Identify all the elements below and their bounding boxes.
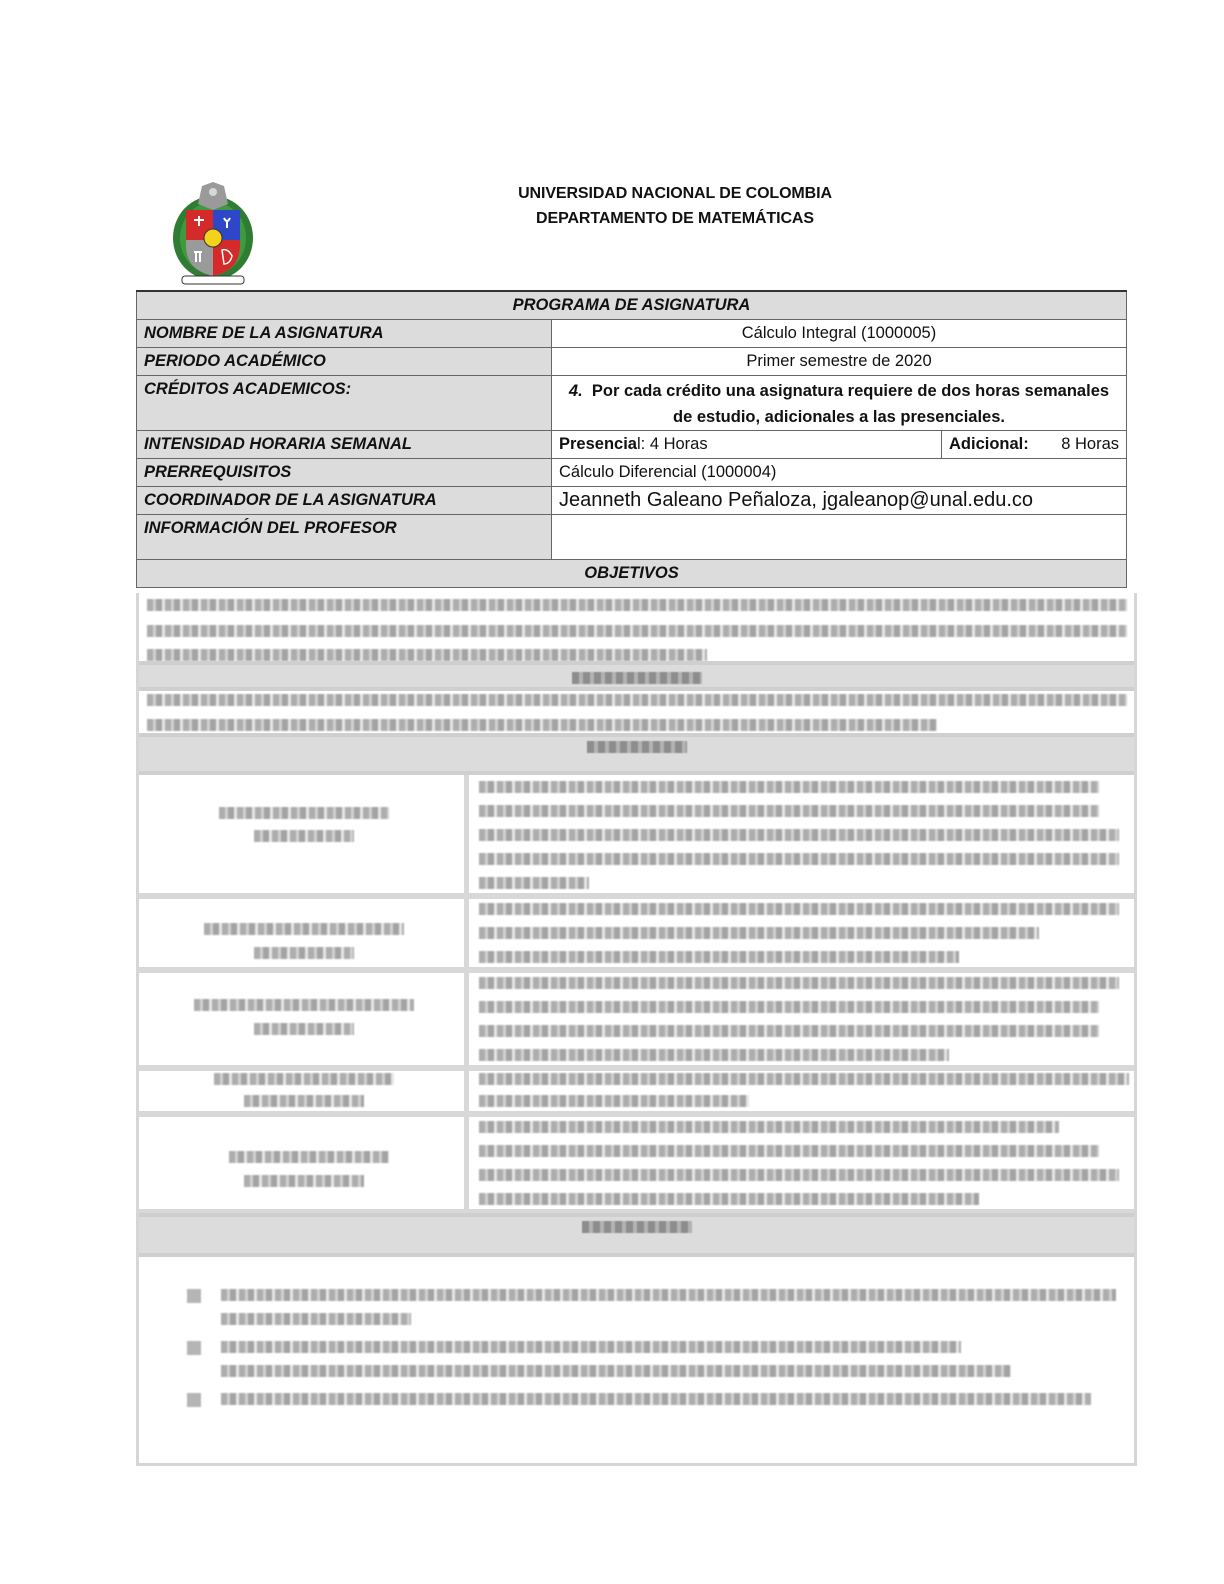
objectives-title: OBJETIVOS: [137, 560, 1127, 588]
academic-period-label: PERIODO ACADÉMICO: [137, 348, 552, 376]
department-name: DEPARTAMENTO DE MATEMÁTICAS: [440, 206, 910, 231]
table-row: COORDINADOR DE LA ASIGNATURA Jeanneth Ga…: [137, 487, 1127, 515]
adicional-value: 8 Horas: [1061, 431, 1119, 458]
presencial-label: Presencia: [559, 435, 637, 453]
weekly-hours-label: INTENSIDAD HORARIA SEMANAL: [137, 431, 552, 459]
program-title: PROGRAMA DE ASIGNATURA: [137, 291, 1127, 320]
credits-description: Por cada crédito una asignatura requiere…: [592, 382, 1109, 426]
redacted-list-number: [187, 1289, 201, 1303]
table-row: PERIODO ACADÉMICO Primer semestre de 202…: [137, 348, 1127, 376]
institution-name: UNIVERSIDAD NACIONAL DE COLOMBIA: [440, 181, 910, 206]
redacted-text-line: [147, 719, 937, 731]
course-name-label: NOMBRE DE LA ASIGNATURA: [137, 320, 552, 348]
redacted-list-number: [187, 1393, 201, 1407]
redacted-table-row: [139, 899, 1134, 973]
redacted-text-line: [147, 649, 707, 661]
redacted-text-line: [147, 625, 1127, 637]
credits-label: CRÉDITOS ACADEMICOS:: [137, 376, 552, 431]
presencial-value: l: 4 Horas: [637, 435, 708, 453]
university-logo: [172, 180, 254, 286]
table-row: OBJETIVOS: [137, 560, 1127, 588]
prerequisites-value: Cálculo Diferencial (1000004): [552, 459, 1127, 487]
redacted-section-header: [139, 733, 1134, 775]
redacted-text-line: [147, 599, 1127, 611]
redacted-text-line: [221, 1313, 411, 1325]
redacted-table-row: [139, 775, 1134, 899]
professor-info-label: INFORMACIÓN DEL PROFESOR: [137, 515, 552, 560]
redacted-text-line: [221, 1365, 1011, 1377]
redacted-table-row: [139, 973, 1134, 1071]
course-name-value: Cálculo Integral (1000005): [552, 320, 1127, 348]
redacted-table-row: [139, 1117, 1134, 1215]
redacted-content: [136, 593, 1137, 1466]
redacted-text-line: [147, 694, 1127, 706]
table-row: INFORMACIÓN DEL PROFESOR: [137, 515, 1127, 560]
credits-value: 4. Por cada crédito una asignatura requi…: [552, 376, 1127, 431]
adicional-label: Adicional:: [949, 431, 1029, 458]
redacted-table-row: [139, 1071, 1134, 1117]
redacted-list-number: [187, 1341, 201, 1355]
redacted-text-line: [221, 1289, 1116, 1301]
table-row: INTENSIDAD HORARIA SEMANAL Presencial: 4…: [137, 431, 1127, 459]
professor-info-value: [552, 515, 1127, 560]
program-table: PROGRAMA DE ASIGNATURA NOMBRE DE LA ASIG…: [136, 290, 1127, 588]
redacted-section-header: [139, 1213, 1134, 1257]
adicional-hours: Adicional:8 Horas: [942, 431, 1126, 458]
presencial-hours: Presencial: 4 Horas: [552, 431, 942, 458]
table-row: CRÉDITOS ACADEMICOS: 4. Por cada crédito…: [137, 376, 1127, 431]
academic-period-value: Primer semestre de 2020: [552, 348, 1127, 376]
prerequisites-label: PRERREQUISITOS: [137, 459, 552, 487]
table-row: PRERREQUISITOS Cálculo Diferencial (1000…: [137, 459, 1127, 487]
coordinator-label: COORDINADOR DE LA ASIGNATURA: [137, 487, 552, 515]
credits-number: 4.: [569, 382, 583, 400]
institution-heading: UNIVERSIDAD NACIONAL DE COLOMBIA DEPARTA…: [440, 181, 910, 231]
table-row: NOMBRE DE LA ASIGNATURA Cálculo Integral…: [137, 320, 1127, 348]
coordinator-value: Jeanneth Galeano Peñaloza, jgaleanop@una…: [552, 487, 1127, 515]
weekly-hours-value: Presencial: 4 Horas Adicional:8 Horas: [552, 431, 1127, 459]
redacted-text-line: [221, 1341, 961, 1353]
redacted-section-header: [139, 661, 1134, 691]
redacted-text-line: [221, 1393, 1091, 1405]
